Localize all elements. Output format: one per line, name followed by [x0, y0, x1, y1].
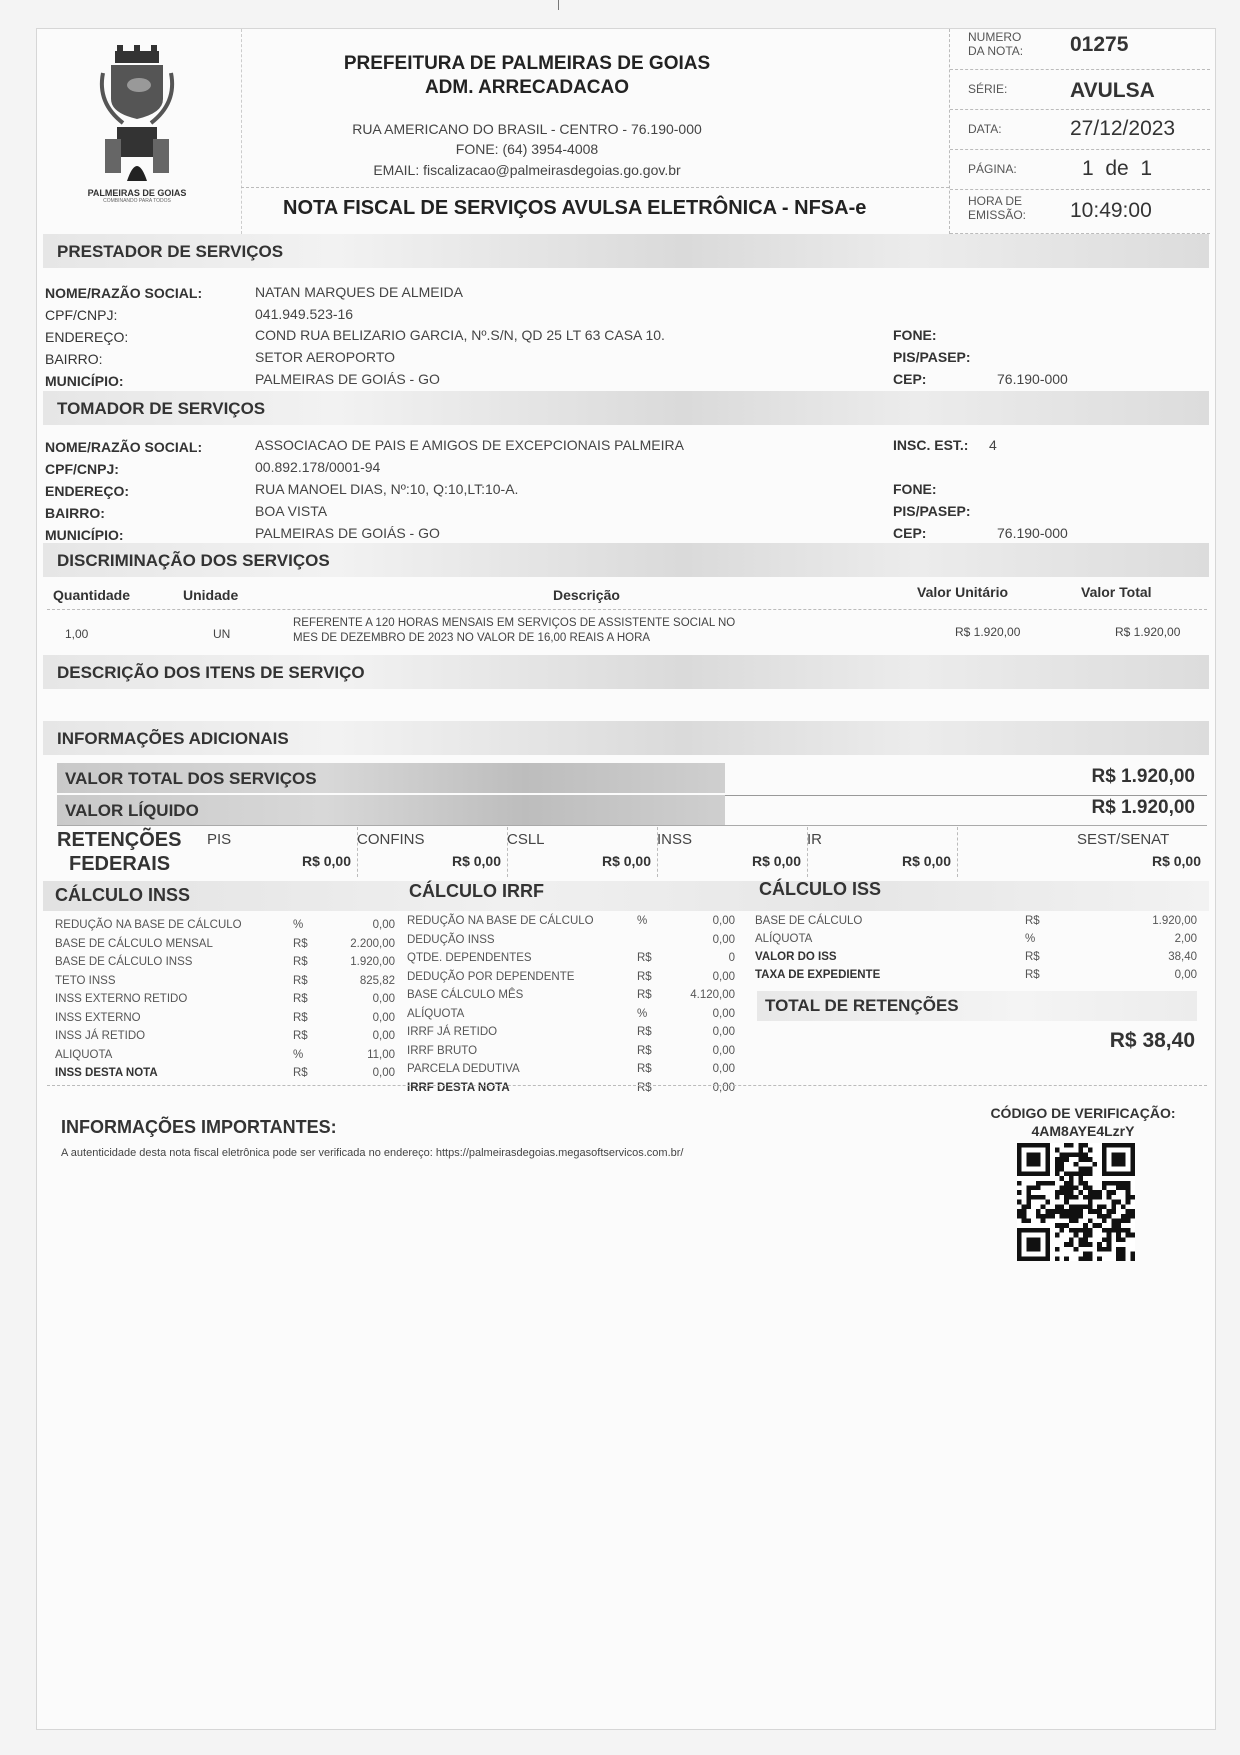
retencao-value: R$ 0,00	[902, 853, 951, 869]
calc-value: 0,00	[373, 993, 395, 1005]
logo-subcaption: COMBINANDO PARA TODOS	[77, 198, 197, 204]
col-descricao: Descrição	[553, 587, 620, 603]
scan-mark	[558, 0, 559, 10]
calc-label: ALIQUOTA	[55, 1049, 112, 1061]
tomador-title: TOMADOR DE SERVIÇOS	[57, 399, 265, 419]
calc-unit: R$	[293, 975, 308, 987]
calc-label: QTDE. DEPENDENTES	[407, 952, 532, 964]
retencao-confins: CONFINSR$ 0,00	[357, 827, 508, 877]
nfse-document: PALMEIRAS DE GOIAS COMBINANDO PARA TODOS…	[36, 28, 1216, 1730]
tomador-nome-label: NOME/RAZÃO SOCIAL:	[45, 439, 202, 455]
calc-value: 0,00	[373, 1067, 395, 1079]
calc-label: IRRF JÁ RETIDO	[407, 1026, 497, 1038]
calc-value: 0	[729, 952, 735, 964]
tomador-cep: 76.190-000	[997, 525, 1068, 541]
calc-row: DEDUÇÃO INSS0,00	[407, 934, 735, 952]
prestador-bairro: SETOR AEROPORTO	[255, 349, 395, 365]
calc-value: 0,00	[713, 934, 735, 946]
calc-section-bar	[43, 881, 1209, 911]
prestador-pis-label: PIS/PASEP:	[893, 349, 971, 365]
prestador-cpf-label: CPF/CNPJ:	[45, 307, 117, 323]
serie-value: AVULSA	[1070, 79, 1155, 103]
codigo-verificacao-label: CÓDIGO DE VERIFICAÇÃO:	[973, 1105, 1193, 1121]
org-email: EMAIL: fiscalizacao@palmeirasdegoias.go.…	[237, 162, 817, 178]
row-valor-unitario: R$ 1.920,00	[955, 625, 1020, 639]
calc-label: INSS EXTERNO	[55, 1012, 141, 1024]
prestador-municipio-label: MUNICÍPIO:	[45, 373, 124, 389]
calc-unit: R$	[293, 1030, 308, 1042]
valor-liquido-bar: VALOR LÍQUIDO	[57, 795, 725, 825]
retencao-name: CONFINS	[357, 831, 425, 848]
row-unidade: UN	[213, 627, 230, 641]
calc-unit: R$	[1025, 915, 1040, 927]
calc-value: 0,00	[713, 971, 735, 983]
calc-unit: R$	[637, 1045, 652, 1057]
calc-label: ALÍQUOTA	[407, 1008, 464, 1020]
total-retencoes-bar: TOTAL DE RETENÇÕES	[757, 991, 1197, 1021]
prestador-municipio: PALMEIRAS DE GOIÁS - GO	[255, 371, 440, 387]
calc-label: DEDUÇÃO POR DEPENDENTE	[407, 971, 574, 983]
meta-hora: HORA DE EMISSÃO: 10:49:00	[950, 189, 1210, 234]
calc-unit: R$	[1025, 951, 1040, 963]
calc-label: REDUÇÃO NA BASE DE CÁLCULO	[55, 919, 242, 931]
valor-liquido-label: VALOR LÍQUIDO	[65, 801, 199, 821]
header-divider	[241, 187, 949, 188]
info-adicionais-section: INFORMAÇÕES ADICIONAIS	[43, 721, 1209, 755]
retencao-name: SEST/SENAT	[1077, 831, 1169, 848]
tomador-municipio: PALMEIRAS DE GOIÁS - GO	[255, 525, 440, 541]
prestador-bairro-label: BAIRRO:	[45, 351, 103, 367]
calc-iss-title: CÁLCULO ISS	[759, 879, 881, 900]
retencao-inss: INSSR$ 0,00	[657, 827, 808, 877]
calc-irrf-title: CÁLCULO IRRF	[409, 881, 544, 902]
servicos-section: DISCRIMINAÇÃO DOS SERVIÇOS	[43, 543, 1209, 577]
calc-value: 0,00	[713, 1026, 735, 1038]
prestador-cep-label: CEP:	[893, 371, 926, 387]
tomador-municipio-label: MUNICÍPIO:	[45, 527, 124, 543]
calc-inss-title: CÁLCULO INSS	[55, 885, 190, 906]
valor-total-label: VALOR TOTAL DOS SERVIÇOS	[65, 769, 317, 789]
calc-row: IRRF BRUTOR$0,00	[407, 1045, 735, 1063]
col-unidade: Unidade	[183, 587, 238, 603]
row-descricao-2: MES DE DEZEMBRO DE 2023 NO VALOR DE 16,0…	[293, 632, 650, 644]
tomador-cpf-label: CPF/CNPJ:	[45, 461, 119, 477]
calc-row: VALOR DO ISSR$38,40	[755, 951, 1197, 969]
calc-label: TAXA DE EXPEDIENTE	[755, 969, 880, 981]
logo-caption: PALMEIRAS DE GOIAS	[77, 188, 197, 198]
col-quantidade: Quantidade	[53, 587, 130, 603]
tomador-insc: 4	[989, 437, 997, 453]
calc-row: BASE DE CÁLCULO INSSR$1.920,00	[55, 956, 395, 974]
calc-label: VALOR DO ISS	[755, 951, 837, 963]
prestador-endereco-label: ENDEREÇO:	[45, 329, 128, 345]
prestador-fone-label: FONE:	[893, 327, 937, 343]
calc-value: 0,00	[373, 1012, 395, 1024]
calc-label: INSS JÁ RETIDO	[55, 1030, 145, 1042]
calc-value: 825,82	[360, 975, 395, 987]
calc-value: 0,00	[713, 1063, 735, 1075]
org-name: PREFEITURA DE PALMEIRAS DE GOIAS	[237, 53, 817, 75]
retencao-sestsenat: SEST/SENATR$ 0,00	[957, 827, 1207, 877]
qr-code-icon	[1017, 1143, 1135, 1261]
tomador-fone-label: FONE:	[893, 481, 937, 497]
total-retencoes-value: R$ 38,40	[1110, 1029, 1195, 1053]
row-quantidade: 1,00	[65, 627, 88, 641]
calc-unit: %	[637, 1008, 647, 1020]
calc-row: INSS JÁ RETIDOR$0,00	[55, 1030, 395, 1048]
calc-unit: R$	[1025, 969, 1040, 981]
calc-value: 4.120,00	[690, 989, 735, 1001]
hora-label-2: EMISSÃO:	[968, 209, 1026, 222]
info-importantes-title: INFORMAÇÕES IMPORTANTES:	[61, 1117, 337, 1138]
prestador-title: PRESTADOR DE SERVIÇOS	[57, 242, 283, 262]
calc-row: TETO INSSR$825,82	[55, 975, 395, 993]
calc-value: 38,40	[1168, 951, 1197, 963]
row-valor-total: R$ 1.920,00	[1115, 625, 1180, 639]
numero-value: 01275	[1070, 33, 1128, 57]
tomador-cep-label: CEP:	[893, 525, 926, 541]
calc-unit: %	[293, 1049, 303, 1061]
data-value: 27/12/2023	[1070, 117, 1175, 141]
calc-value: 2.200,00	[350, 938, 395, 950]
calc-row: ALIQUOTA%11,00	[55, 1049, 395, 1067]
calc-row: INSS DESTA NOTAR$0,00	[55, 1067, 395, 1085]
coat-of-arms-icon	[77, 43, 197, 183]
pagina-value: 1 de 1	[1082, 157, 1152, 181]
prestador-nome: NATAN MARQUES DE ALMEIDA	[255, 284, 463, 300]
hora-value: 10:49:00	[1070, 199, 1152, 223]
calc-label: INSS DESTA NOTA	[55, 1067, 158, 1079]
calc-unit: R$	[637, 1026, 652, 1038]
calc-value: 0,00	[1175, 969, 1197, 981]
department: ADM. ARRECADACAO	[237, 77, 817, 99]
valor-total-bar: VALOR TOTAL DOS SERVIÇOS	[57, 763, 725, 793]
retencao-ir: IRR$ 0,00	[807, 827, 958, 877]
document-title: NOTA FISCAL DE SERVIÇOS AVULSA ELETRÔNIC…	[283, 197, 866, 220]
tomador-insc-label: INSC. EST.:	[893, 437, 968, 453]
retencao-name: CSLL	[507, 831, 545, 848]
calc-row: INSS EXTERNO RETIDOR$0,00	[55, 993, 395, 1011]
prestador-endereco: COND RUA BELIZARIO GARCIA, Nº.S/N, QD 25…	[255, 327, 665, 343]
tomador-bairro-label: BAIRRO:	[45, 505, 105, 521]
calc-row: REDUÇÃO NA BASE DE CÁLCULO%0,00	[55, 919, 395, 937]
meta-serie: SÉRIE: AVULSA	[950, 69, 1210, 110]
calc-unit: R$	[293, 938, 308, 950]
calc-value: 0,00	[373, 1030, 395, 1042]
calc-label: REDUÇÃO NA BASE DE CÁLCULO	[407, 915, 594, 927]
tomador-cpf: 00.892.178/0001-94	[255, 459, 380, 475]
retencoes-federais: RETENÇÕES FEDERAIS PISR$ 0,00CONFINSR$ 0…	[57, 827, 1207, 879]
calc-unit: R$	[637, 952, 652, 964]
tomador-pis-label: PIS/PASEP:	[893, 503, 971, 519]
org-phone: FONE: (64) 3954-4008	[237, 141, 817, 157]
numero-label-1: NUMERO	[968, 31, 1021, 44]
retencao-value: R$ 0,00	[452, 853, 501, 869]
retencao-value: R$ 0,00	[602, 853, 651, 869]
calc-label: BASE CÁLCULO MÊS	[407, 989, 523, 1001]
calc-label: IRRF BRUTO	[407, 1045, 477, 1057]
calc-row: BASE DE CÁLCULO MENSALR$2.200,00	[55, 938, 395, 956]
total-retencoes-title: TOTAL DE RETENÇÕES	[765, 996, 959, 1016]
calc-unit: R$	[293, 1012, 308, 1024]
calc-value: 2,00	[1175, 933, 1197, 945]
calc-row: REDUÇÃO NA BASE DE CÁLCULO%0,00	[407, 915, 735, 933]
retencoes-title-1: RETENÇÕES	[57, 829, 181, 852]
itens-section: DESCRIÇÃO DOS ITENS DE SERVIÇO	[43, 655, 1209, 689]
itens-title: DESCRIÇÃO DOS ITENS DE SERVIÇO	[57, 663, 365, 683]
calc-label: DEDUÇÃO INSS	[407, 934, 495, 946]
calc-value: 0,00	[713, 1045, 735, 1057]
calc-row: PARCELA DEDUTIVAR$0,00	[407, 1063, 735, 1081]
calc-row: IRRF JÁ RETIDOR$0,00	[407, 1026, 735, 1044]
col-valor-unitario: Valor Unitário	[917, 584, 1008, 600]
retencao-name: IR	[807, 831, 822, 848]
calc-row: BASE DE CÁLCULOR$1.920,00	[755, 915, 1197, 933]
tomador-section: TOMADOR DE SERVIÇOS	[43, 391, 1209, 425]
calc-value: 0,00	[713, 1082, 735, 1094]
numero-label-2: DA NOTA:	[968, 45, 1023, 58]
calc-label: INSS EXTERNO RETIDO	[55, 993, 187, 1005]
servicos-header-divider	[47, 609, 1207, 610]
prestador-cpf: 041.949.523-16	[255, 306, 353, 322]
calc-value: 1.920,00	[350, 956, 395, 968]
calc-value: 0,00	[713, 915, 735, 927]
valor-liquido: R$ 1.920,00	[1091, 797, 1195, 819]
calc-unit: %	[637, 915, 647, 927]
calc-label: BASE DE CÁLCULO INSS	[55, 956, 192, 968]
calc-unit: R$	[637, 971, 652, 983]
pagina-label: PÁGINA:	[968, 163, 1017, 176]
org-address: RUA AMERICANO DO BRASIL - CENTRO - 76.19…	[237, 121, 817, 137]
note-meta: NUMERO DA NOTA: 01275 SÉRIE: AVULSA DATA…	[949, 29, 1210, 234]
logo: PALMEIRAS DE GOIAS COMBINANDO PARA TODOS	[77, 43, 197, 203]
row-descricao-1: REFERENTE A 120 HORAS MENSAIS EM SERVIÇO…	[293, 617, 735, 629]
calc-value: 1.920,00	[1152, 915, 1197, 927]
retencao-value: R$ 0,00	[1152, 853, 1201, 869]
calc-unit: R$	[293, 1067, 308, 1079]
tomador-endereco-label: ENDEREÇO:	[45, 483, 129, 499]
retencao-csll: CSLLR$ 0,00	[507, 827, 658, 877]
calc-value: 0,00	[373, 919, 395, 931]
calc-row: DEDUÇÃO POR DEPENDENTER$0,00	[407, 971, 735, 989]
calc-unit: R$	[637, 1063, 652, 1075]
calc-unit: %	[293, 919, 303, 931]
calc-unit: R$	[293, 993, 308, 1005]
tomador-nome: ASSOCIACAO DE PAIS E AMIGOS DE EXCEPCION…	[255, 437, 684, 453]
info-adicionais-title: INFORMAÇÕES ADICIONAIS	[57, 729, 289, 749]
meta-numero: NUMERO DA NOTA: 01275	[950, 29, 1210, 70]
calc-unit: R$	[293, 956, 308, 968]
retencao-value: R$ 0,00	[302, 853, 351, 869]
calc-label: BASE DE CÁLCULO MENSAL	[55, 938, 213, 950]
calc-unit: %	[1025, 933, 1035, 945]
col-valor-total: Valor Total	[1081, 584, 1152, 600]
calc-row: ALÍQUOTA%0,00	[407, 1008, 735, 1026]
calc-row: QTDE. DEPENDENTESR$0	[407, 952, 735, 970]
calc-row: INSS EXTERNOR$0,00	[55, 1012, 395, 1030]
serie-label: SÉRIE:	[968, 83, 1007, 96]
tomador-endereco: RUA MANOEL DIAS, Nº:10, Q:10,LT:10-A.	[255, 481, 518, 497]
hora-label-1: HORA DE	[968, 195, 1022, 208]
tomador-bairro: BOA VISTA	[255, 503, 327, 519]
prestador-cep: 76.190-000	[997, 371, 1068, 387]
calc-label: TETO INSS	[55, 975, 116, 987]
totais-divider	[725, 795, 1207, 796]
calc-label: PARCELA DEDUTIVA	[407, 1063, 520, 1075]
retencao-name: INSS	[657, 831, 692, 848]
calc-unit: R$	[637, 1082, 652, 1094]
calc-row: TAXA DE EXPEDIENTER$0,00	[755, 969, 1197, 987]
calc-row: ALÍQUOTA%2,00	[755, 933, 1197, 951]
prestador-nome-label: NOME/RAZÃO SOCIAL:	[45, 285, 202, 301]
calc-unit: R$	[637, 989, 652, 1001]
servicos-title: DISCRIMINAÇÃO DOS SERVIÇOS	[57, 551, 330, 571]
info-importantes-text: A autenticidade desta nota fiscal eletrô…	[61, 1147, 683, 1159]
prestador-section: PRESTADOR DE SERVIÇOS	[43, 234, 1209, 268]
retencao-value: R$ 0,00	[752, 853, 801, 869]
calc-label: IRRF DESTA NOTA	[407, 1082, 510, 1094]
totais-bottom	[57, 825, 1207, 826]
meta-data: DATA: 27/12/2023	[950, 109, 1210, 150]
retencao-name: PIS	[207, 831, 231, 848]
retencao-pis: PISR$ 0,00	[207, 827, 358, 877]
calc-label: ALÍQUOTA	[755, 933, 812, 945]
valor-total: R$ 1.920,00	[1091, 766, 1195, 788]
calc-value: 11,00	[367, 1049, 395, 1061]
data-label: DATA:	[968, 123, 1002, 136]
calc-value: 0,00	[713, 1008, 735, 1020]
retencoes-title-2: FEDERAIS	[69, 853, 170, 876]
calc-row: BASE CÁLCULO MÊSR$4.120,00	[407, 989, 735, 1007]
calc-label: BASE DE CÁLCULO	[755, 915, 862, 927]
meta-pagina: PÁGINA: 1 de 1	[950, 149, 1210, 190]
footer-divider	[47, 1085, 1207, 1086]
codigo-verificacao: 4AM8AYE4LzrY	[973, 1123, 1193, 1139]
